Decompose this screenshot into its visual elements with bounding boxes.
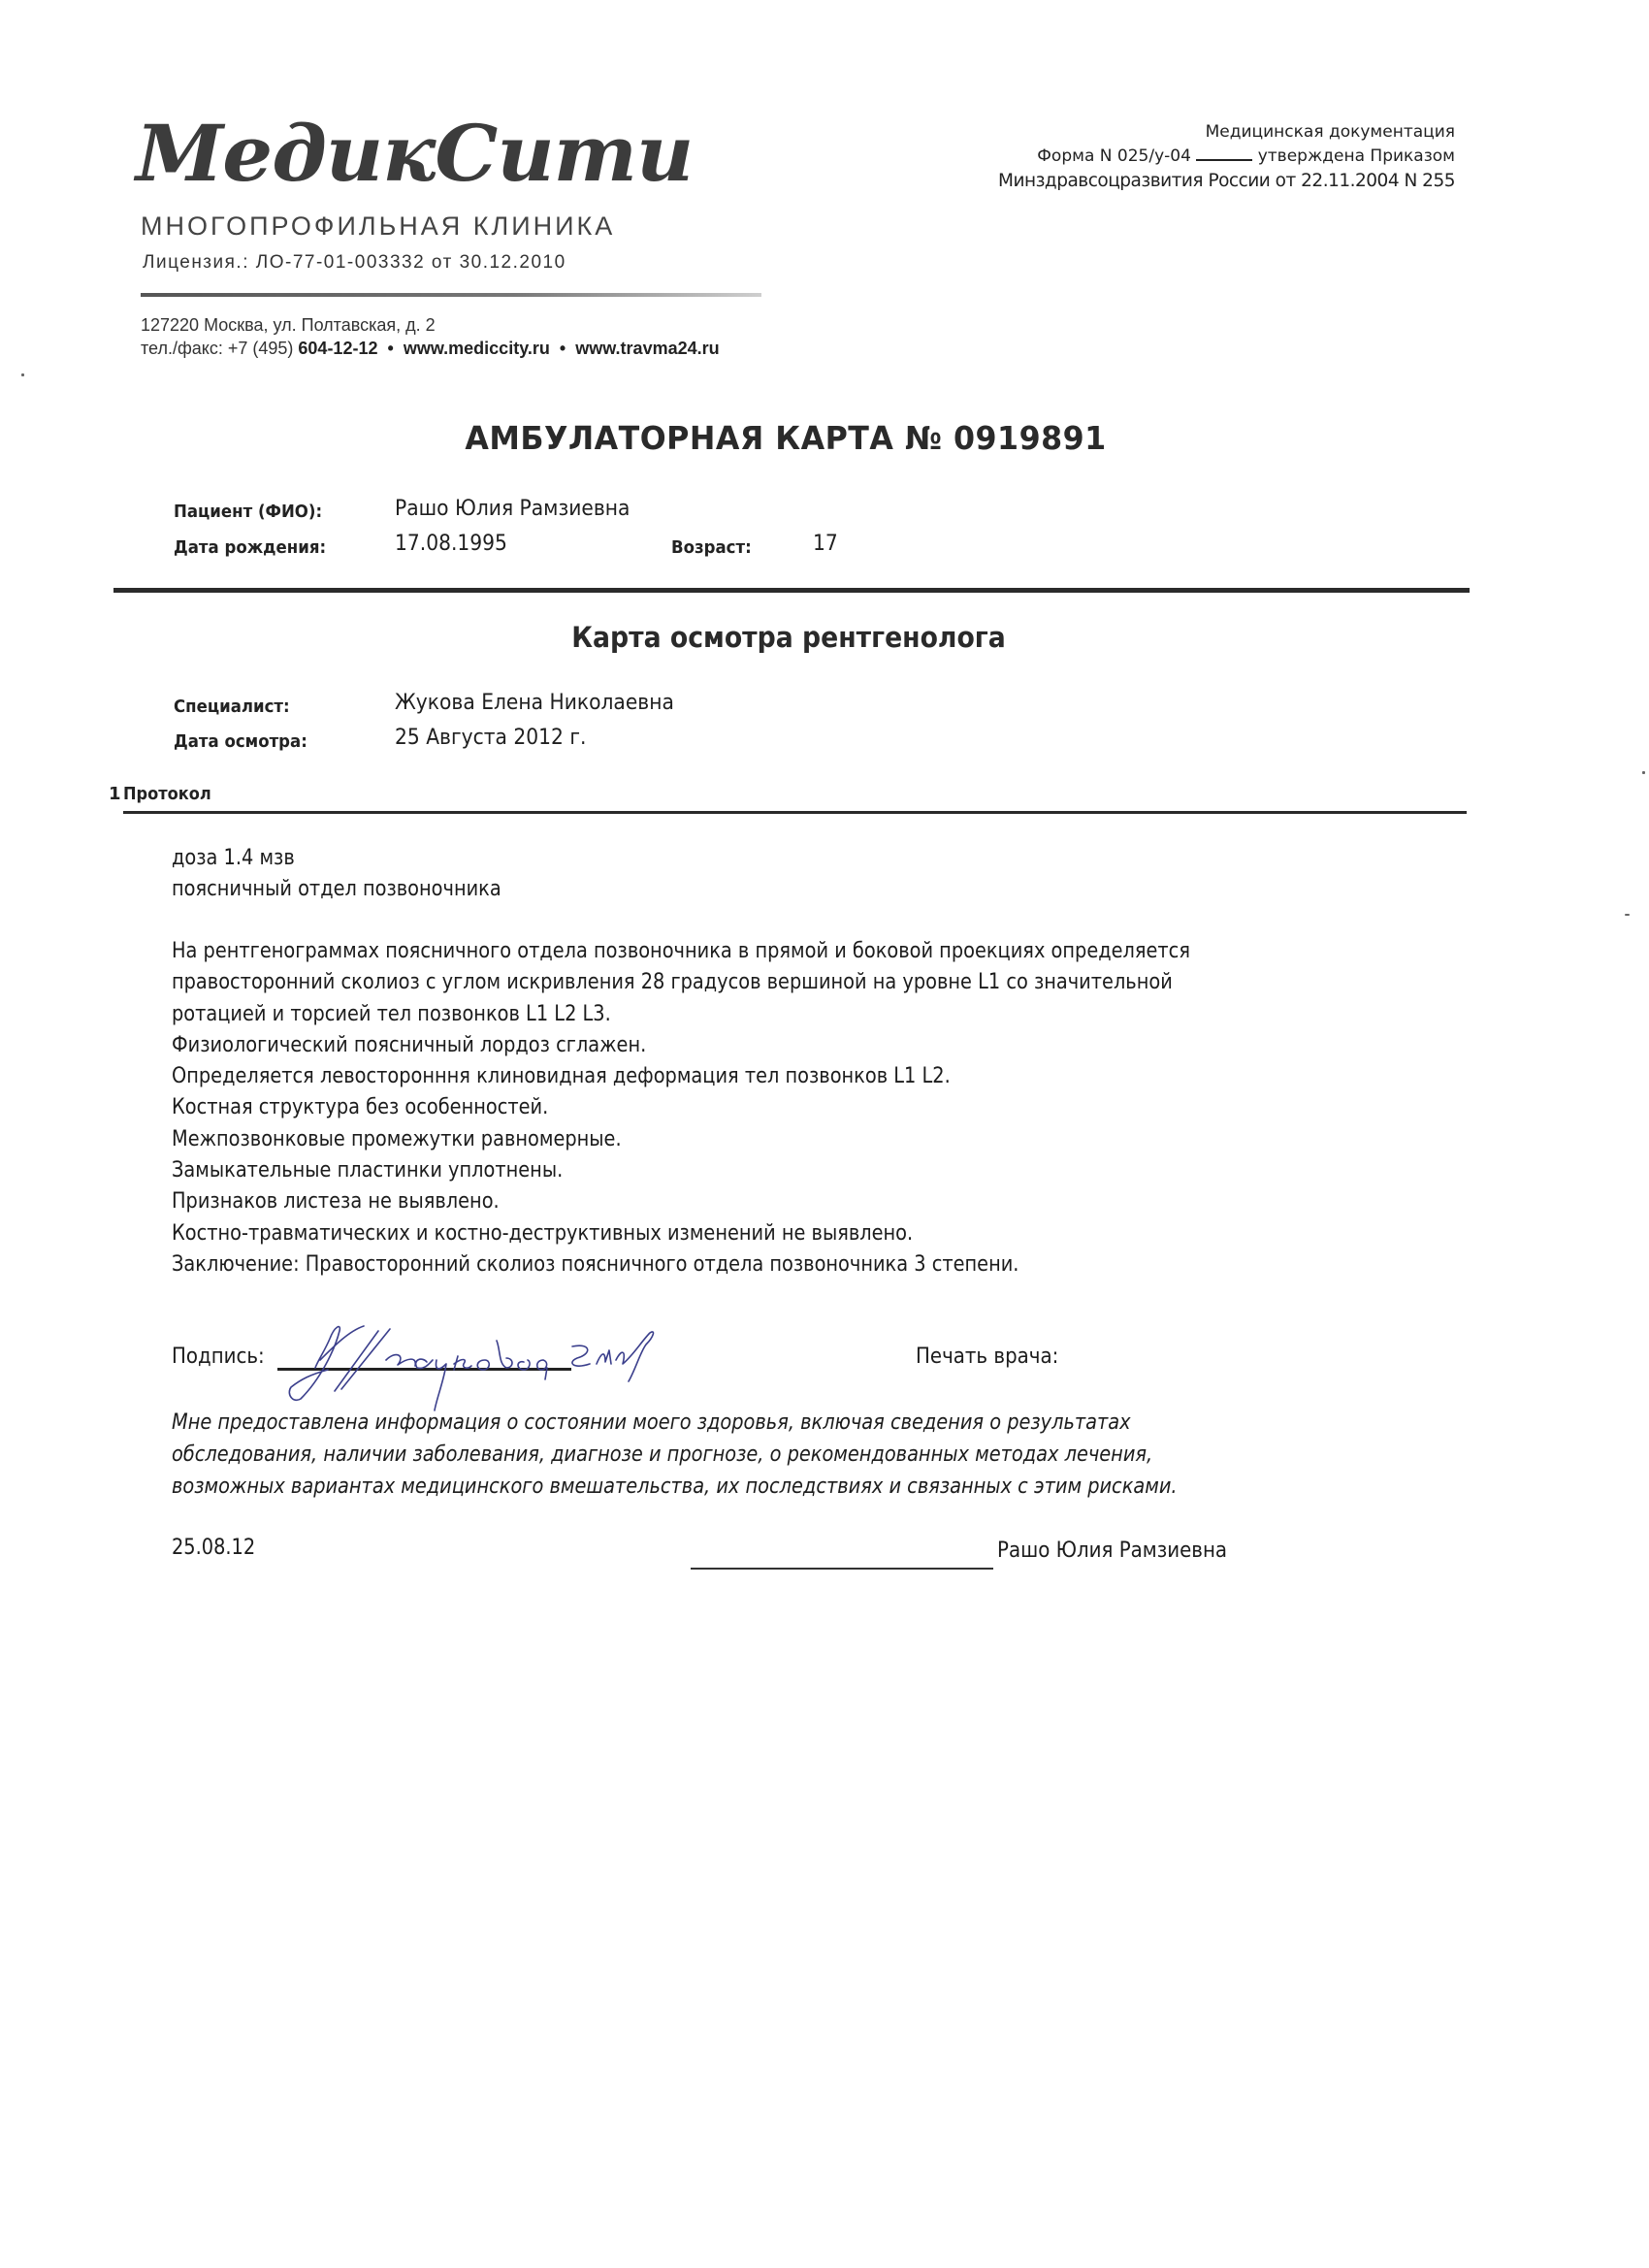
exam-date: 25 Августа 2012 г. (395, 725, 586, 750)
consent-line: возможных вариантах медицинского вмешате… (172, 1471, 1178, 1503)
specialist-label: Специалист: (174, 697, 290, 717)
clinic-contact-line: тел./факс: +7 (495) 604-12-12 • www.medi… (141, 337, 720, 360)
age-value: 17 (813, 531, 838, 556)
exam-date-label: Дата осмотра: (174, 731, 307, 752)
protocol-label: Протокол (123, 784, 211, 804)
finding-line: Костно-травматических и костно-деструкти… (172, 1217, 1190, 1248)
finding-line: На рентгенограммах поясничного отдела по… (172, 935, 1190, 966)
section-divider (113, 588, 1470, 593)
scan-speck (21, 373, 24, 376)
patient-name-label: Пациент (ФИО): (174, 502, 322, 522)
clinic-subtitle: МНОГОПРОФИЛЬНАЯ КЛИНИКА (141, 211, 615, 242)
document-title: АМБУЛАТОРНАЯ КАРТА № 0919891 (31, 419, 1539, 457)
patient-signature-line (691, 1568, 993, 1570)
form-info-line-2: Форма N 025/у-04 утверждена Приказом (998, 145, 1455, 169)
protocol-findings: На рентгенограммах поясничного отдела по… (172, 935, 1190, 1280)
stamp-label: Печать врача: (916, 1344, 1058, 1369)
footer-date: 25.08.12 (172, 1535, 255, 1560)
finding-line: Костная структура без особенностей. (172, 1091, 1190, 1122)
clinic-license: Лицензия.: ЛО-77-01-003332 от 30.12.2010 (143, 252, 566, 274)
clinic-phone: 604-12-12 (298, 339, 377, 358)
form-info: Медицинская документация Форма N 025/у-0… (998, 120, 1455, 193)
protocol-header: доза 1.4 мзв поясничный отдел позвоночни… (172, 842, 501, 905)
clinic-website-1: www.mediccity.ru (404, 339, 550, 358)
header-divider (141, 293, 761, 297)
finding-line: Физиологический поясничный лордоз сглаже… (172, 1029, 1190, 1060)
form-info-line-1: Медицинская документация (998, 120, 1455, 145)
contact-prefix: тел./факс: +7 (495) (141, 339, 298, 358)
clinic-address: 127220 Москва, ул. Полтавская, д. 2 (141, 313, 720, 337)
consent-line: Мне предоставлена информация о состоянии… (172, 1407, 1178, 1439)
protocol-divider (123, 811, 1467, 814)
finding-line: правосторонний сколиоз с углом искривлен… (172, 966, 1190, 997)
scan-speck (1625, 914, 1630, 916)
bullet-separator: • (560, 339, 566, 358)
clinic-contacts: 127220 Москва, ул. Полтавская, д. 2 тел.… (141, 313, 720, 360)
finding-line: Признаков листеза не выявлено. (172, 1185, 1190, 1216)
finding-line: ротацией и торсией тел позвонков L1 L2 L… (172, 998, 1190, 1029)
form-approved-text: утверждена Приказом (1258, 146, 1455, 166)
patient-consent-text: Мне предоставлена информация о состоянии… (172, 1407, 1178, 1503)
dob-label: Дата рождения: (174, 537, 326, 558)
patient-signature-name: Рашо Юлия Рамзиевна (997, 1538, 1227, 1563)
protocol-number: 1 (109, 784, 121, 804)
finding-line: Замыкательные пластинки уплотнены. (172, 1154, 1190, 1185)
region-line: поясничный отдел позвоночника (172, 873, 501, 904)
dose-line: доза 1.4 мзв (172, 842, 501, 873)
patient-name: Рашо Юлия Рамзиевна (395, 496, 630, 521)
finding-line: Межпозвонковые промежутки равномерные. (172, 1123, 1190, 1154)
bullet-separator: • (388, 339, 394, 358)
form-info-line-3: Минздравсоцразвития России от 22.11.2004… (998, 169, 1455, 193)
form-blank-field (1196, 145, 1252, 161)
age-label: Возраст: (671, 537, 752, 558)
clinic-logo: МедикСити (136, 114, 693, 192)
consent-line: обследования, наличии заболевания, диагн… (172, 1439, 1178, 1471)
dob-value: 17.08.1995 (395, 531, 507, 556)
scan-speck (1642, 771, 1645, 774)
specialist-name: Жукова Елена Николаевна (395, 690, 674, 715)
handwritten-signature (281, 1321, 708, 1418)
conclusion-line: Заключение: Правосторонний сколиоз поясн… (172, 1248, 1190, 1280)
clinic-website-2: www.travma24.ru (575, 339, 719, 358)
form-number: Форма N 025/у-04 (1037, 146, 1191, 166)
section-title: Карта осмотра рентгенолога (63, 621, 1514, 654)
finding-line: Определяется левосторонння клиновидная д… (172, 1060, 1190, 1091)
signature-label: Подпись: (172, 1344, 265, 1369)
